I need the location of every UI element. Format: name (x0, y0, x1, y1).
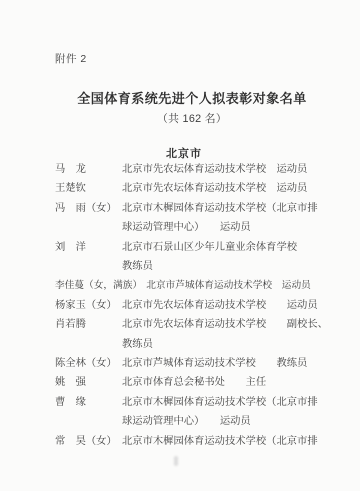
entry-row: 冯 雨（女） 北京市木樨园体育运动技术学校（北京市排球运动管理中心） 运动员 (55, 199, 356, 238)
scan-artifact (174, 456, 178, 466)
entry-row: 王楚钦 北京市先农坛体育运动技术学校 运动员 (55, 179, 356, 198)
entry-row: 马 龙 北京市先农坛体育运动技术学校 运动员 (55, 160, 356, 179)
entry-desc: 北京市先农坛体育运动技术学校 运动员 (122, 179, 307, 198)
entry-desc: 北京市芦城体育运动技术学校 运动员 (146, 276, 311, 295)
entry-name: 王楚钦 (55, 179, 122, 198)
entry-desc: 北京市体育总会秘书处 主任 (122, 373, 266, 392)
entry-desc-line: 北京市体育总会秘书处 主任 (122, 373, 266, 392)
entry-desc: 北京市先农坛体育运动技术学校 运动员 (122, 296, 318, 315)
entry-row: 陈全林（女） 北京市芦城体育运动技术学校 教练员 (55, 354, 356, 373)
entry-row: 姚 强 北京市体育总会秘书处 主任 (55, 373, 356, 392)
document-title: 全国体育系统先进个人拟表彰对象名单 (40, 88, 344, 107)
entry-desc-line: 球运动管理中心） 运动员 (122, 218, 318, 237)
entry-desc-line: 北京市先农坛体育运动技术学校 运动员 (122, 296, 318, 315)
entry-name: 陈全林（女） (55, 354, 122, 373)
entry-desc-line: 教练员 (122, 335, 328, 354)
entry-name: 曹 缘 (55, 393, 122, 412)
entry-name: 马 龙 (55, 160, 122, 179)
section-header-beijing: 北京市 (24, 145, 344, 161)
entry-desc-line: 球运动管理中心） 运动员 (122, 412, 318, 431)
entry-row: 刘 洋 北京市石景山区少年儿童业余体育学校教练员 (55, 238, 356, 277)
entry-desc: 北京市芦城体育运动技术学校 教练员 (122, 354, 307, 373)
entry-name: 李佳蔓（女，满族） (55, 276, 142, 295)
entry-desc: 北京市木樨园体育运动技术学校（北京市排球运动管理中心） 运动员 (122, 199, 318, 238)
entry-desc-line: 北京市先农坛体育运动技术学校 运动员 (122, 160, 307, 179)
entry-desc-line: 北京市木樨园体育运动技术学校（北京市排 (122, 393, 318, 412)
entry-name: 常 昊（女） (55, 432, 122, 451)
entry-list: 马 龙 北京市先农坛体育运动技术学校 运动员 王楚钦 北京市先农坛体育运动技术学… (55, 160, 356, 451)
entry-row: 李佳蔓（女，满族） 北京市芦城体育运动技术学校 运动员 (55, 276, 356, 295)
entry-desc-line: 北京市石景山区少年儿童业余体育学校 (122, 238, 297, 257)
entry-name: 姚 强 (55, 373, 122, 392)
entry-desc-line: 教练员 (122, 257, 297, 276)
document-page: 附件 2 全国体育系统先进个人拟表彰对象名单 （共 162 名） 北京市 马 龙… (0, 0, 360, 491)
entry-row: 常 昊（女） 北京市木樨园体育运动技术学校（北京市排 (55, 432, 356, 451)
entry-desc-line: 北京市芦城体育运动技术学校 教练员 (122, 354, 307, 373)
total-count: （共 162 名） (40, 111, 344, 126)
entry-desc: 北京市石景山区少年儿童业余体育学校教练员 (122, 238, 297, 277)
entry-row: 肖若腾 北京市先农坛体育运动技术学校 副校长、教练员 (55, 315, 356, 354)
entry-desc: 北京市木樨园体育运动技术学校（北京市排 (122, 432, 318, 451)
entry-name: 杨家玉（女） (55, 296, 122, 315)
entry-desc-line: 北京市先农坛体育运动技术学校 运动员 (122, 179, 307, 198)
entry-desc: 北京市先农坛体育运动技术学校 副校长、教练员 (122, 315, 328, 354)
entry-row: 杨家玉（女） 北京市先农坛体育运动技术学校 运动员 (55, 296, 356, 315)
attachment-label: 附件 2 (55, 51, 87, 66)
entry-desc: 北京市木樨园体育运动技术学校（北京市排球运动管理中心） 运动员 (122, 393, 318, 432)
entry-desc-line: 北京市芦城体育运动技术学校 运动员 (146, 276, 311, 295)
entry-row: 曹 缘 北京市木樨园体育运动技术学校（北京市排球运动管理中心） 运动员 (55, 393, 356, 432)
entry-desc: 北京市先农坛体育运动技术学校 运动员 (122, 160, 307, 179)
entry-desc-line: 北京市木樨园体育运动技术学校（北京市排 (122, 199, 318, 218)
entry-name: 肖若腾 (55, 315, 122, 334)
entry-name: 冯 雨（女） (55, 199, 122, 218)
entry-desc-line: 北京市先农坛体育运动技术学校 副校长、 (122, 315, 328, 334)
entry-name: 刘 洋 (55, 238, 122, 257)
entry-desc-line: 北京市木樨园体育运动技术学校（北京市排 (122, 432, 318, 451)
